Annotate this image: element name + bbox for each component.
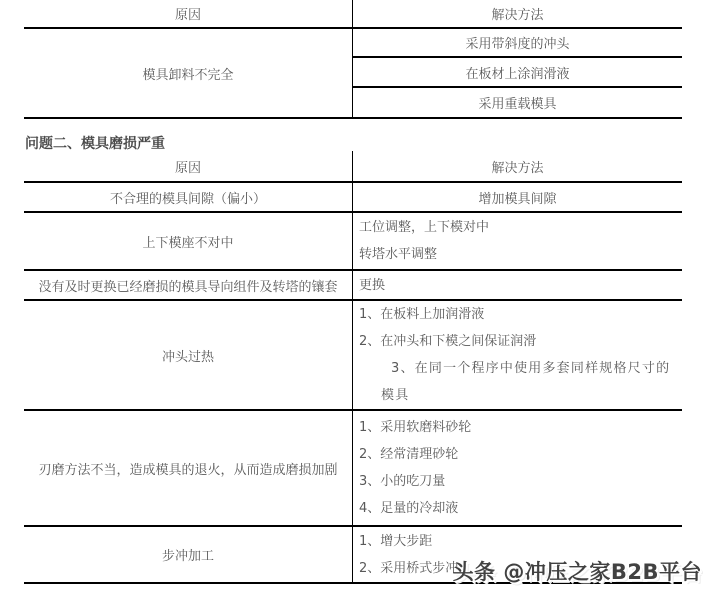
table-1: 原因 解决方法 模具卸料不完全 采用带斜度的冲头 在板材上涂润滑液 采用重载模具	[24, 0, 682, 119]
table-row: 没有及时更换已经磨损的模具导向组件及转塔的镶套 更换	[24, 271, 682, 301]
solution-cell: 1、采用软磨料砂轮 2、经常清理砂轮 3、小的吃刀量 4、足量的冷却液	[353, 411, 682, 525]
solution-item: 3、小的吃刀量	[359, 468, 682, 495]
table-2-cause-header: 原因	[24, 151, 353, 181]
cause-cell: 没有及时更换已经磨损的模具导向组件及转塔的镶套	[24, 271, 353, 299]
watermark: 头条 @冲压之家B2B平台	[453, 556, 702, 586]
solution-item: 1、在板料上加润滑液	[359, 301, 682, 328]
solution-item: 工位调整，上下模对中	[359, 214, 682, 241]
solution-item: 转塔水平调整	[359, 241, 682, 268]
solution-cell: 增加模具间隙	[353, 183, 682, 211]
cause-cell: 刃磨方法不当，造成模具的退火，从而造成磨损加剧	[24, 411, 353, 525]
table-row: 不合理的模具间隙（偏小） 增加模具间隙	[24, 183, 682, 213]
table-2: 原因 解决方法 不合理的模具间隙（偏小） 增加模具间隙 上下模座不对中 工位调整…	[24, 151, 682, 584]
cause-cell: 不合理的模具间隙（偏小）	[24, 183, 353, 211]
table-row: 刃磨方法不当，造成模具的退火，从而造成磨损加剧 1、采用软磨料砂轮 2、经常清理…	[24, 411, 682, 527]
table-1-header-row: 原因 解决方法	[24, 0, 682, 29]
document-page: 原因 解决方法 模具卸料不完全 采用带斜度的冲头 在板材上涂润滑液 采用重载模具…	[0, 0, 706, 597]
solution-cell: 采用带斜度的冲头	[353, 29, 682, 56]
cause-cell: 模具卸料不完全	[24, 29, 353, 117]
solution-item: 1、增大步距	[359, 528, 682, 555]
solution-cell: 工位调整，上下模对中 转塔水平调整	[353, 213, 682, 269]
table-row: 上下模座不对中 工位调整，上下模对中 转塔水平调整	[24, 213, 682, 271]
cause-cell: 上下模座不对中	[24, 213, 353, 269]
table-1-body-row: 模具卸料不完全 采用带斜度的冲头 在板材上涂润滑液 采用重载模具	[24, 29, 682, 117]
table-1-solution-header: 解决方法	[353, 0, 682, 27]
section-heading: 问题二、模具磨损严重	[25, 133, 682, 151]
solution-cell: 采用重载模具	[353, 88, 682, 117]
table-1-cause-header: 原因	[24, 0, 353, 27]
solution-item: 2、在冲头和下模之间保证润滑	[359, 328, 682, 355]
solution-item: 更换	[359, 272, 682, 299]
solution-item: 4、足量的冷却液	[359, 495, 682, 522]
solution-item: 1、采用软磨料砂轮	[359, 414, 682, 441]
solution-item: 2、经常清理砂轮	[359, 441, 682, 468]
table-2-header-row: 原因 解决方法	[24, 151, 682, 183]
solution-item: 3、在同一个程序中使用多套同样规格尺寸的模具	[381, 355, 682, 409]
cause-cell: 冲头过热	[24, 301, 353, 409]
table-row: 冲头过热 1、在板料上加润滑液 2、在冲头和下模之间保证润滑 3、在同一个程序中…	[24, 301, 682, 411]
solution-cell: 更换	[353, 271, 682, 299]
table-2-solution-header: 解决方法	[353, 151, 682, 181]
solution-cell: 在板材上涂润滑液	[353, 58, 682, 86]
solution-cell: 1、在板料上加润滑液 2、在冲头和下模之间保证润滑 3、在同一个程序中使用多套同…	[353, 301, 682, 409]
cause-cell: 步冲加工	[24, 527, 353, 582]
